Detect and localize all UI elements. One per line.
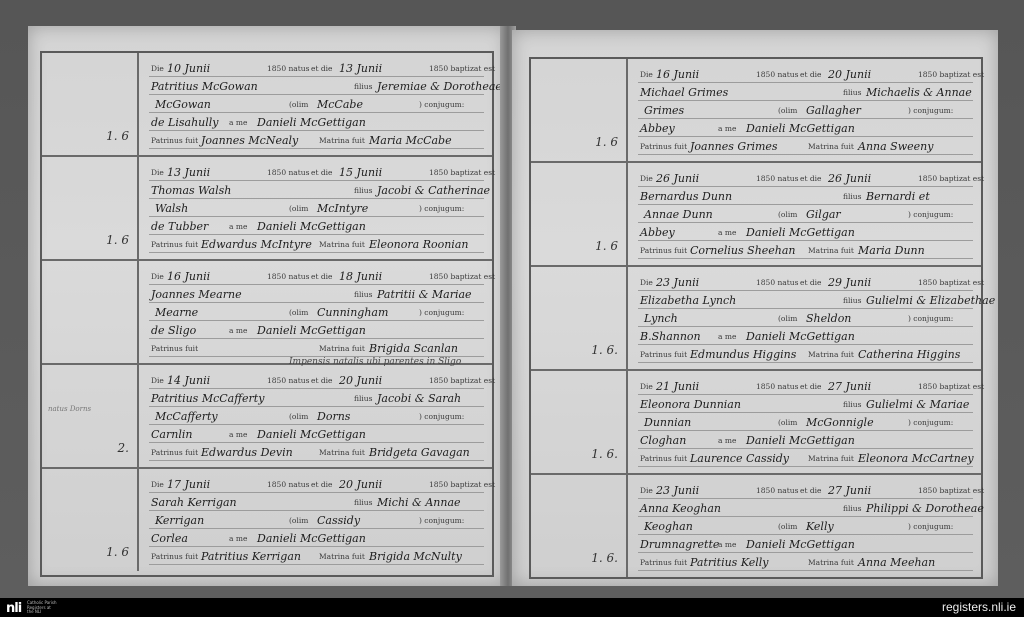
date-line: Die 17 Junii 1850 natus et die 20 Junii …	[149, 475, 484, 493]
mother-maiden-name: Dorns	[317, 410, 350, 423]
image-viewer[interactable]: 1. 6 Die 10 Junii 1850 natus et die 13 J…	[0, 0, 1024, 598]
child-line: Bernardus Dunn filius Bernardi et	[638, 187, 973, 205]
parents-names: Philippi & Dorotheae	[866, 502, 984, 515]
entry-number: 1. 6	[106, 545, 129, 559]
margin-note: natus Dorns	[48, 405, 91, 413]
parents-names: Patritii & Mariae	[377, 288, 472, 301]
priest-name: Danieli McGettigan	[257, 116, 366, 129]
sponsors-line: Patrinus fuit Edmundus Higgins Matrina f…	[638, 345, 973, 363]
godmother: Brigida McNulty	[369, 550, 462, 563]
birth-date: 23 Junii	[656, 276, 699, 289]
sponsors-line: Patrinus fuit Joannes McNealy Matrina fu…	[149, 131, 484, 149]
family-surname: Dunnian	[644, 416, 691, 429]
child-name: Joannes Mearne	[151, 288, 242, 301]
logo-subtitle: Catholic Parish Registers at the NLI	[27, 601, 57, 615]
birth-date: 13 Junii	[167, 166, 210, 179]
sponsors-line: Patrinus fuit Edwardus McIntyre Matrina …	[149, 235, 484, 253]
date-line: Die 26 Junii 1850 natus et die 26 Junii …	[638, 169, 973, 187]
child-name: Anna Keoghan	[640, 502, 721, 515]
entry-body: Die 14 Junii 1850 natus et die 20 Junii …	[139, 365, 492, 467]
entry-body: Die 16 Junii 1850 natus et die 18 Junii …	[139, 261, 492, 363]
register-entry: 1. 6 Die 17 Junii 1850 natus et die 20 J…	[42, 469, 492, 571]
sponsors-line: Patrinus fuit Edwardus Devin Matrina fui…	[149, 443, 484, 461]
margin-column: natus Dorns 2.	[42, 365, 139, 467]
entry-body: Die 23 Junii 1850 natus et die 27 Junii …	[628, 475, 981, 577]
priest-name: Danieli McGettigan	[257, 220, 366, 233]
entry-body: Die 13 Junii 1850 natus et die 15 Junii …	[139, 157, 492, 259]
priest-line: B.Shannon a me Danieli McGettigan	[638, 327, 973, 345]
priest-line: Abbey a me Danieli McGettigan	[638, 223, 973, 241]
register-entry: 1. 6. Die 23 Junii 1850 natus et die 27 …	[531, 475, 981, 577]
sponsors-line: Patrinus fuit Laurence Cassidy Matrina f…	[638, 449, 973, 467]
baptism-date: 18 Junii	[339, 270, 382, 283]
register-entry: 1. 6 Die 13 Junii 1850 natus et die 15 J…	[42, 157, 492, 261]
baptism-date: 27 Junii	[828, 380, 871, 393]
child-line: Michael Grimes filius Michaelis & Annae	[638, 83, 973, 101]
date-line: Die 23 Junii 1850 natus et die 29 Junii …	[638, 273, 973, 291]
godmother: Catherina Higgins	[858, 348, 960, 361]
godmother: Anna Sweeny	[858, 140, 933, 153]
mother-maiden-name: McCabe	[317, 98, 363, 111]
parents-names: Gulielmi & Mariae	[866, 398, 969, 411]
entry-number: 1. 6	[595, 135, 618, 149]
family-surname: Grimes	[644, 104, 684, 117]
birth-date: 10 Junii	[167, 62, 210, 75]
entry-body: Die 17 Junii 1850 natus et die 20 Junii …	[139, 469, 492, 571]
margin-column: 1. 6	[531, 163, 628, 265]
child-name: Thomas Walsh	[151, 184, 231, 197]
baptism-date: 29 Junii	[828, 276, 871, 289]
surname-line: McGowan (olim McCabe ) conjugum:	[149, 95, 484, 113]
godfather: Edmundus Higgins	[690, 348, 796, 361]
margin-column: 1. 6.	[531, 371, 628, 473]
birth-date: 16 Junii	[167, 270, 210, 283]
sponsors-line: Patrinus fuit Cornelius Sheehan Matrina …	[638, 241, 973, 259]
surname-line: McCafferty (olim Dorns ) conjugum:	[149, 407, 484, 425]
townland: B.Shannon	[640, 330, 701, 343]
date-line: Die 23 Junii 1850 natus et die 27 Junii …	[638, 481, 973, 499]
child-line: Sarah Kerrigan filius Michi & Annae	[149, 493, 484, 511]
child-line: Thomas Walsh filius Jacobi & Catherinae	[149, 181, 484, 199]
priest-name: Danieli McGettigan	[746, 330, 855, 343]
godfather: Laurence Cassidy	[690, 452, 789, 465]
priest-line: de Lisahully a me Danieli McGettigan	[149, 113, 484, 131]
register-entry: Die 16 Junii 1850 natus et die 18 Junii …	[42, 261, 492, 365]
mother-maiden-name: Cunningham	[317, 306, 388, 319]
townland: Carnlin	[151, 428, 192, 441]
child-line: Anna Keoghan filius Philippi & Dorotheae	[638, 499, 973, 517]
priest-name: Danieli McGettigan	[746, 122, 855, 135]
mother-maiden-name: McGonnigle	[806, 416, 874, 429]
birth-date: 23 Junii	[656, 484, 699, 497]
margin-column: 1. 6	[42, 53, 139, 155]
margin-column: 1. 6.	[531, 267, 628, 369]
date-line: Die 16 Junii 1850 natus et die 20 Junii …	[638, 65, 973, 83]
baptism-date: 26 Junii	[828, 172, 871, 185]
ledger-table-right: 1. 6 Die 16 Junii 1850 natus et die 20 J…	[529, 57, 983, 579]
mother-maiden-name: Kelly	[806, 520, 834, 533]
priest-name: Danieli McGettigan	[257, 428, 366, 441]
surname-line: Mearne (olim Cunningham ) conjugum:	[149, 303, 484, 321]
surname-line: Kerrigan (olim Cassidy ) conjugum:	[149, 511, 484, 529]
godmother: Anna Meehan	[858, 556, 935, 569]
margin-column	[42, 261, 139, 363]
parents-names: Gulielmi & Elizabethae	[866, 294, 995, 307]
entry-number: 1. 6	[106, 129, 129, 143]
register-entry: 1. 6 Die 26 Junii 1850 natus et die 26 J…	[531, 163, 981, 267]
priest-line: Corlea a me Danieli McGettigan	[149, 529, 484, 547]
priest-line: Carnlin a me Danieli McGettigan	[149, 425, 484, 443]
townland: Corlea	[151, 532, 188, 545]
birth-date: 21 Junii	[656, 380, 699, 393]
birth-date: 16 Junii	[656, 68, 699, 81]
priest-line: de Sligo a me Danieli McGettigan	[149, 321, 484, 339]
register-page-left: 1. 6 Die 10 Junii 1850 natus et die 13 J…	[28, 26, 506, 586]
date-line: Die 16 Junii 1850 natus et die 18 Junii …	[149, 267, 484, 285]
child-name: Eleonora Dunnian	[640, 398, 741, 411]
surname-line: Lynch (olim Sheldon ) conjugum:	[638, 309, 973, 327]
surname-line: Dunnian (olim McGonnigle ) conjugum:	[638, 413, 973, 431]
viewer-footer: nli Catholic Parish Registers at the NLI…	[0, 598, 1024, 617]
entry-number: 2.	[118, 441, 129, 455]
townland: Abbey	[640, 122, 675, 135]
register-entry: 1. 6. Die 23 Junii 1850 natus et die 29 …	[531, 267, 981, 371]
godmother: Bridgeta Gavagan	[369, 446, 470, 459]
date-line: Die 10 Junii 1850 natus et die 13 Junii …	[149, 59, 484, 77]
entry-number: 1. 6.	[591, 343, 618, 357]
surname-line: Annae Dunn (olim Gilgar ) conjugum:	[638, 205, 973, 223]
surname-line: Walsh (olim McIntyre ) conjugum:	[149, 199, 484, 217]
surname-line: Grimes (olim Gallagher ) conjugum:	[638, 101, 973, 119]
family-surname: Keoghan	[644, 520, 693, 533]
godmother: Maria McCabe	[369, 134, 452, 147]
date-line: Die 14 Junii 1850 natus et die 20 Junii …	[149, 371, 484, 389]
godfather: Patritius Kerrigan	[201, 550, 301, 563]
priest-name: Danieli McGettigan	[746, 434, 855, 447]
priest-line: Cloghan a me Danieli McGettigan	[638, 431, 973, 449]
parents-names: Jeremiae & Dorotheae	[377, 80, 502, 93]
child-name: Bernardus Dunn	[640, 190, 732, 203]
entry-body: Die 16 Junii 1850 natus et die 20 Junii …	[628, 59, 981, 161]
godmother: Brigida Scanlan	[369, 342, 458, 355]
margin-column: 1. 6.	[531, 475, 628, 577]
parents-names: Bernardi et	[866, 190, 930, 203]
margin-column: 1. 6	[42, 469, 139, 571]
townland: Drumnagrette	[640, 538, 719, 551]
townland: Abbey	[640, 226, 675, 239]
mother-maiden-name: Gilgar	[806, 208, 841, 221]
register-entry: natus Dorns 2. Die 14 Junii 1850 natus e…	[42, 365, 492, 469]
godfather: Patritius Kelly	[690, 556, 769, 569]
child-line: Patritius McCafferty filius Jacobi & Sar…	[149, 389, 484, 407]
godfather: Joannes McNealy	[201, 134, 298, 147]
entry-number: 1. 6.	[591, 551, 618, 565]
parents-names: Jacobi & Sarah	[377, 392, 461, 405]
birth-date: 26 Junii	[656, 172, 699, 185]
margin-column: 1. 6	[531, 59, 628, 161]
child-name: Sarah Kerrigan	[151, 496, 237, 509]
register-entry: 1. 6 Die 16 Junii 1850 natus et die 20 J…	[531, 59, 981, 163]
child-line: Joannes Mearne filius Patritii & Mariae	[149, 285, 484, 303]
mother-maiden-name: Gallagher	[806, 104, 861, 117]
godfather: Edwardus McIntyre	[201, 238, 312, 251]
entry-body: Die 26 Junii 1850 natus et die 26 Junii …	[628, 163, 981, 265]
baptism-date: 13 Junii	[339, 62, 382, 75]
godfather: Cornelius Sheehan	[690, 244, 796, 257]
sponsors-line: Patrinus fuit Joannes Grimes Matrina fui…	[638, 137, 973, 155]
baptism-date: 20 Junii	[828, 68, 871, 81]
child-name: Patritius McGowan	[151, 80, 258, 93]
priest-line: de Tubber a me Danieli McGettigan	[149, 217, 484, 235]
family-surname: Lynch	[644, 312, 678, 325]
mother-maiden-name: Cassidy	[317, 514, 360, 527]
child-name: Elizabetha Lynch	[640, 294, 736, 307]
priest-name: Danieli McGettigan	[746, 538, 855, 551]
date-line: Die 21 Junii 1850 natus et die 27 Junii …	[638, 377, 973, 395]
godfather: Edwardus Devin	[201, 446, 293, 459]
nli-logo[interactable]: nli	[6, 601, 21, 616]
sponsors-line: Patrinus fuit Patritius Kerrigan Matrina…	[149, 547, 484, 565]
sponsors-line: Patrinus fuit Matrina fuit Brigida Scanl…	[149, 339, 484, 357]
baptism-date: 15 Junii	[339, 166, 382, 179]
godmother: Eleonora McCartney	[858, 452, 974, 465]
register-page-right: 1. 6 Die 16 Junii 1850 natus et die 20 J…	[512, 30, 998, 586]
entry-body: Die 10 Junii 1850 natus et die 13 Junii …	[139, 53, 492, 155]
family-surname: Walsh	[155, 202, 188, 215]
child-name: Michael Grimes	[640, 86, 728, 99]
mother-maiden-name: McIntyre	[317, 202, 368, 215]
birth-date: 14 Junii	[167, 374, 210, 387]
family-surname: Mearne	[155, 306, 198, 319]
townland: Cloghan	[640, 434, 686, 447]
child-line: Patritius McGowan filius Jeremiae & Doro…	[149, 77, 484, 95]
child-line: Eleonora Dunnian filius Gulielmi & Maria…	[638, 395, 973, 413]
parents-names: Jacobi & Catherinae	[377, 184, 490, 197]
ledger-table-left: 1. 6 Die 10 Junii 1850 natus et die 13 J…	[40, 51, 494, 577]
register-entry: 1. 6. Die 21 Junii 1850 natus et die 27 …	[531, 371, 981, 475]
birth-date: 17 Junii	[167, 478, 210, 491]
register-entry: 1. 6 Die 10 Junii 1850 natus et die 13 J…	[42, 53, 492, 157]
entry-number: 1. 6	[106, 233, 129, 247]
sponsors-line: Patrinus fuit Patritius Kelly Matrina fu…	[638, 553, 973, 571]
priest-line: Abbey a me Danieli McGettigan	[638, 119, 973, 137]
priest-name: Danieli McGettigan	[257, 532, 366, 545]
entry-body: Die 21 Junii 1850 natus et die 27 Junii …	[628, 371, 981, 473]
priest-name: Danieli McGettigan	[746, 226, 855, 239]
baptism-date: 27 Junii	[828, 484, 871, 497]
child-name: Patritius McCafferty	[151, 392, 264, 405]
surname-line: Keoghan (olim Kelly ) conjugum:	[638, 517, 973, 535]
entry-number: 1. 6	[595, 239, 618, 253]
site-link[interactable]: registers.nli.ie	[942, 600, 1016, 614]
parents-names: Michaelis & Annae	[866, 86, 972, 99]
child-line: Elizabetha Lynch filius Gulielmi & Eliza…	[638, 291, 973, 309]
townland: de Lisahully	[151, 116, 219, 129]
priest-line: Drumnagrette a me Danieli McGettigan	[638, 535, 973, 553]
family-surname: Annae Dunn	[644, 208, 713, 221]
entry-number: 1. 6.	[591, 447, 618, 461]
margin-column: 1. 6	[42, 157, 139, 259]
priest-name: Danieli McGettigan	[257, 324, 366, 337]
family-surname: McGowan	[155, 98, 211, 111]
family-surname: McCafferty	[155, 410, 218, 423]
godmother: Maria Dunn	[858, 244, 925, 257]
godfather: Joannes Grimes	[690, 140, 778, 153]
baptism-date: 20 Junii	[339, 478, 382, 491]
parents-names: Michi & Annae	[377, 496, 461, 509]
family-surname: Kerrigan	[155, 514, 204, 527]
godmother: Eleonora Roonian	[369, 238, 468, 251]
townland: de Tubber	[151, 220, 208, 233]
mother-maiden-name: Sheldon	[806, 312, 851, 325]
townland: de Sligo	[151, 324, 196, 337]
entry-body: Die 23 Junii 1850 natus et die 29 Junii …	[628, 267, 981, 369]
date-line: Die 13 Junii 1850 natus et die 15 Junii …	[149, 163, 484, 181]
baptism-date: 20 Junii	[339, 374, 382, 387]
